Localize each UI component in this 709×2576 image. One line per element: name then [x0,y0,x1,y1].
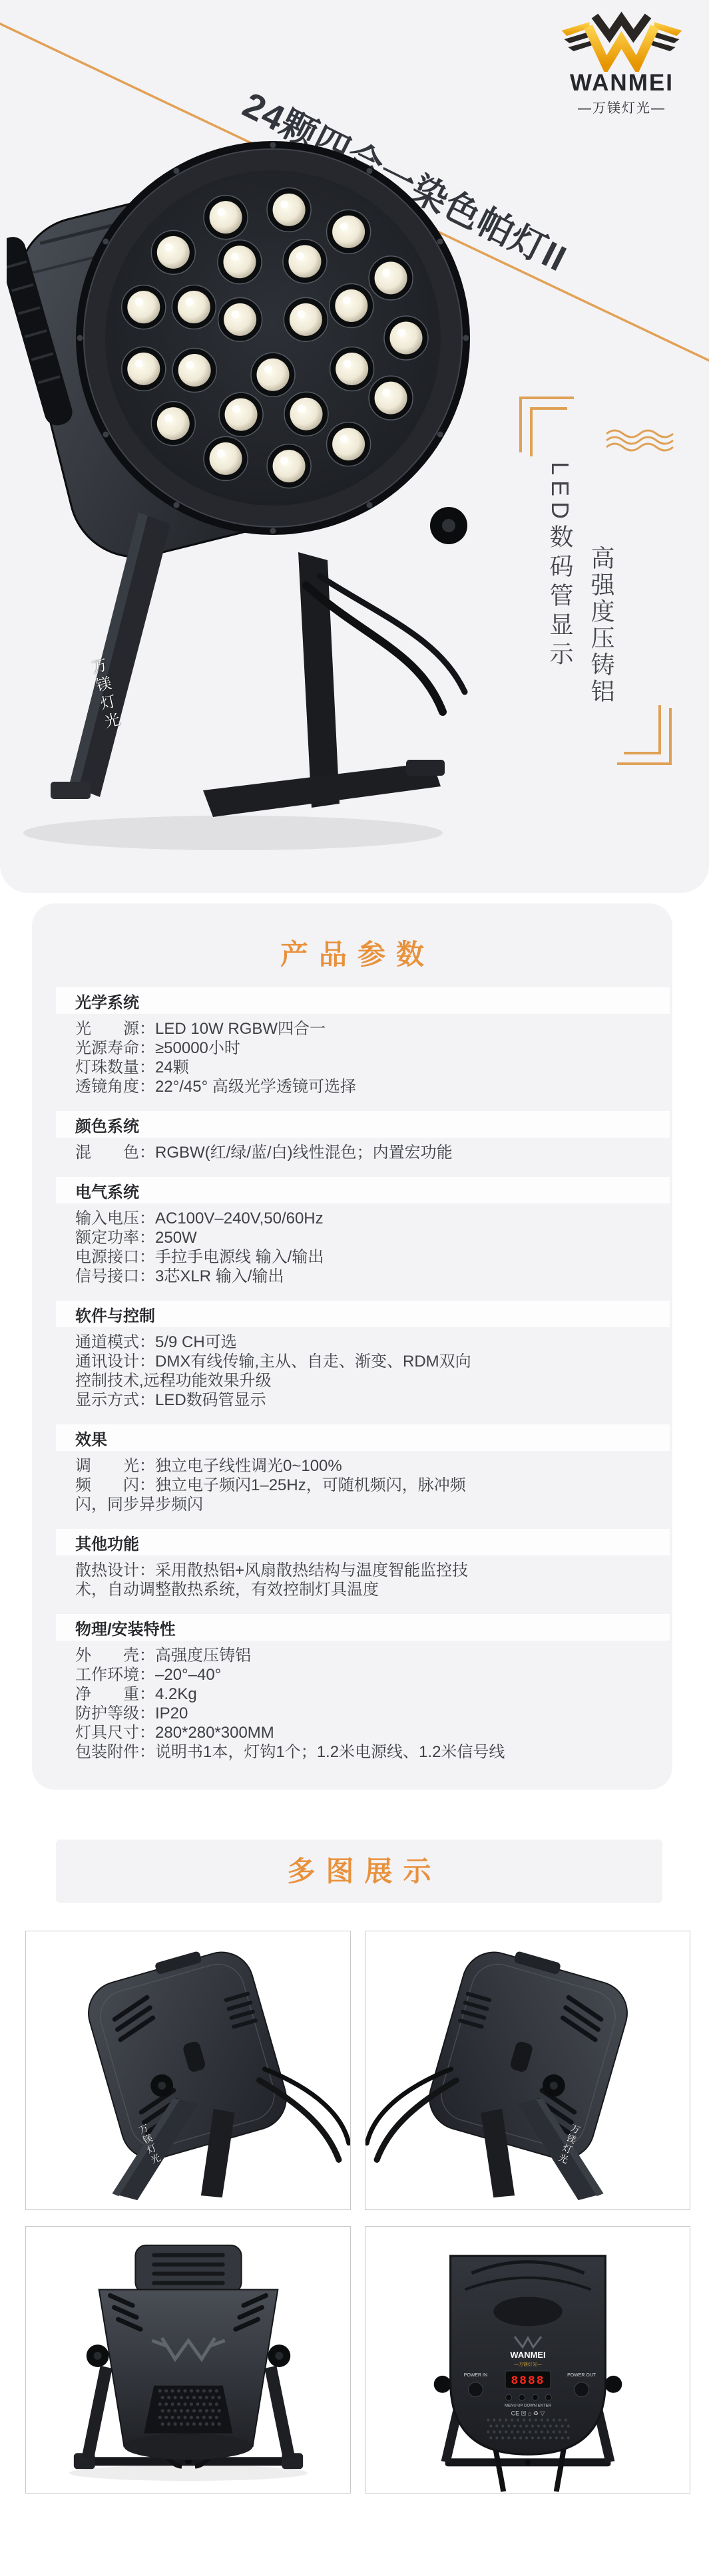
spec-line: 包装附件：说明书1本，灯钩1个；1.2米电源线、1.2米信号线 [75,1742,659,1762]
svg-text:—万镁灯光—: —万镁灯光— [514,2361,542,2367]
spec-section: 电气系统输入电压：AC100V–240V,50/60Hz额定功率：250W电源接… [32,1177,672,1287]
svg-text:WANMEI: WANMEI [510,2350,545,2360]
hero-product-image [7,126,533,872]
brand-name: WANMEI [552,70,692,96]
spec-section-title: 软件与控制 [56,1301,670,1327]
spec-line: 输入电压：AC100V–240V,50/60Hz [75,1209,659,1228]
spec-line: 调 光：独立电子线性调光0~100% [75,1456,659,1476]
gallery-image-front-view [25,2226,351,2494]
spec-section-lines: 外 壳：高强度压铸铝工作环境：–20°–40°净 重：4.2Kg防护等级：IP2… [32,1641,672,1763]
gallery-image-rear-view: WANMEI —万镁灯光— 8888 POWER IN POWER OUT ME… [365,2226,690,2494]
spec-line: 防护等级：IP20 [75,1704,659,1723]
spec-line: 频 闪：独立电子频闪1–25Hz，可随机频闪，脉冲频 [75,1476,659,1495]
spec-line: 透镜角度：22°/45° 高级光学透镜可选择 [75,1077,659,1096]
par-light-side-art [365,1931,690,2209]
spec-line: 散热设计：采用散热铝+风扇散热结构与温度智能监控技 [75,1561,659,1580]
spec-section-title: 颜色系统 [56,1111,670,1138]
spec-section-lines: 光 源：LED 10W RGBW四合一光源寿命：≥50000小时灯珠数量：24颗… [32,1014,672,1098]
vertical-label-led-display: LED数码管显示 [543,462,577,671]
svg-text:CE ☒ ⌂ ♻ ▽: CE ☒ ⌂ ♻ ▽ [511,2410,545,2417]
spec-section: 软件与控制通道模式：5/9 CH可选通讯设计：DMX有线传输,主从、自走、渐变、… [32,1301,672,1411]
spec-section: 效果调 光：独立电子线性调光0~100%频 闪：独立电子频闪1–25Hz，可随机… [32,1424,672,1516]
spec-section-title: 光学系统 [56,987,670,1014]
product-page: 24颗四合一染色帕灯II WANMEI —万镁灯光— [0,0,709,2576]
spec-line: 光 源：LED 10W RGBW四合一 [75,1019,659,1039]
svg-text:8888: 8888 [511,2374,545,2388]
spec-line: 净 重：4.2Kg [75,1685,659,1704]
svg-text:POWER IN: POWER IN [464,2373,487,2378]
svg-text:POWER OUT: POWER OUT [567,2373,596,2378]
spec-section-lines: 通道模式：5/9 CH可选通讯设计：DMX有线传输,主从、自走、渐变、RDM双向… [32,1327,672,1411]
spec-section-title: 效果 [56,1424,670,1451]
spec-line: 灯珠数量：24颗 [75,1058,659,1077]
par-light-side-art [26,1931,350,2209]
brand-name-cn: —万镁灯光— [552,97,692,116]
spec-section-title: 电气系统 [56,1177,670,1204]
spec-line: 光源寿命：≥50000小时 [75,1039,659,1058]
spec-line: 工作环境：–20°–40° [75,1665,659,1685]
spec-line: 术，自动调整散热系统，有效控制灯具温度 [75,1580,659,1599]
spec-section: 其他功能散热设计：采用散热铝+风扇散热结构与温度智能监控技术，自动调整散热系统，… [32,1529,672,1601]
spec-line: 外 壳：高强度压铸铝 [75,1646,659,1665]
hero-panel: 24颗四合一染色帕灯II WANMEI —万镁灯光— [0,0,709,893]
spec-line: 控制技术,远程功能效果升级 [75,1371,659,1390]
params-panel: 产品参数 光学系统光 源：LED 10W RGBW四合一光源寿命：≥50000小… [32,903,672,1790]
spec-section-lines: 输入电压：AC100V–240V,50/60Hz额定功率：250W电源接口：手拉… [32,1204,672,1287]
spec-line: 额定功率：250W [75,1228,659,1247]
spec-line: 通讯设计：DMX有线传输,主从、自走、渐变、RDM双向 [75,1352,659,1371]
waves-icon [606,428,674,454]
spec-line: 闪，同步异步频闪 [75,1495,659,1514]
spec-line: 灯具尺寸：280*280*300MM [75,1723,659,1742]
spec-section: 物理/安装特性外 壳：高强度压铸铝工作环境：–20°–40°净 重：4.2Kg防… [32,1614,672,1763]
spec-section: 光学系统光 源：LED 10W RGBW四合一光源寿命：≥50000小时灯珠数量… [32,987,672,1098]
spec-line: 电源接口：手拉手电源线 输入/输出 [75,1247,659,1267]
brand-logo: WANMEI —万镁灯光— [552,8,692,116]
gallery-title: 多图展示 [56,1840,662,1903]
spec-section-lines: 混 色：RGBW(红/绿/蓝/白)线性混色；内置宏功能 [32,1138,672,1164]
vertical-label-diecast-aluminum: 高强度压铸铝 [585,546,618,705]
spec-line: 混 色：RGBW(红/绿/蓝/白)线性混色；内置宏功能 [75,1143,659,1162]
spec-section: 颜色系统混 色：RGBW(红/绿/蓝/白)线性混色；内置宏功能 [32,1111,672,1164]
corner-bracket-icon [614,705,673,766]
par-light-front-art [26,2227,350,2493]
svg-text:MENU UP DOWN ENTER: MENU UP DOWN ENTER [505,2404,552,2408]
corner-bracket-icon [518,395,577,456]
spec-line: 显示方式：LED数码管显示 [75,1390,659,1410]
spec-section-lines: 调 光：独立电子线性调光0~100%频 闪：独立电子频闪1–25Hz，可随机频闪… [32,1451,672,1516]
spec-line: 信号接口：3芯XLR 输入/输出 [75,1267,659,1286]
spec-section-title: 物理/安装特性 [56,1614,670,1641]
params-title: 产品参数 [32,933,672,973]
spec-section-title: 其他功能 [56,1529,670,1555]
spec-section-lines: 散热设计：采用散热铝+风扇散热结构与温度智能监控技术，自动调整散热系统，有效控制… [32,1555,672,1601]
gallery-image-back-right: 万镁灯光 [365,1931,690,2210]
spec-line: 通道模式：5/9 CH可选 [75,1333,659,1352]
gallery-title-band: 多图展示 [56,1840,662,1903]
wanmei-logo-icon [559,8,685,72]
gallery-image-back-left: 万镁灯光 [25,1931,351,2210]
par-light-rear-art: WANMEI —万镁灯光— 8888 POWER IN POWER OUT ME… [365,2227,690,2493]
params-sections: 光学系统光 源：LED 10W RGBW四合一光源寿命：≥50000小时灯珠数量… [32,987,672,1776]
